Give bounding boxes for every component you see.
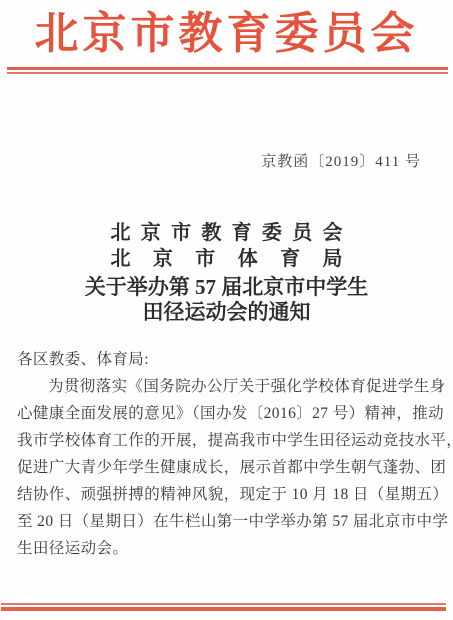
body-line: 心健康全面发展的意见》（国办发〔2016〕27 号）精神，推动: [17, 400, 445, 427]
body-line: 结协作、顽强拼搏的精神风貌，现定于 10 月 18 日（星期五）: [17, 481, 445, 508]
title-issuer-line-1: 北 京 市 教 育 委 员 会: [111, 220, 343, 246]
body-line: 至 20 日（星期日）在牛栏山第一中学举办第 57 届北京市中学: [17, 508, 445, 535]
body-line: 为贯彻落实《国务院办公厅关于强化学校体育促进学生身: [17, 373, 445, 400]
title-subject-line-1: 关于举办第 57 届北京市中学生: [0, 274, 453, 300]
letterhead-divider: [7, 67, 448, 74]
letterhead-divider-thin-line: [7, 72, 448, 74]
document-number: 京教函〔2019〕411 号: [261, 150, 421, 171]
document-title-block: 北 京 市 教 育 委 员 会 北 京 市 体 育 局 关于举办第 57 届北京…: [0, 220, 453, 325]
letterhead-title: 北京市教育委员会: [0, 6, 453, 62]
body-line: 促进广大青少年学生健康成长，展示首都中学生朝气蓬勃、团: [17, 454, 445, 481]
salutation: 各区教委、体育局:: [17, 346, 445, 373]
document-body: 各区教委、体育局: 为贯彻落实《国务院办公厅关于强化学校体育促进学生身 心健康全…: [17, 346, 445, 562]
official-document-page: 北京市教育委员会 京教函〔2019〕411 号 北 京 市 教 育 委 员 会 …: [0, 0, 453, 620]
page-bottom-divider: [1, 603, 446, 611]
title-subject-line-2: 田径运动会的通知: [0, 300, 453, 325]
body-line: 生田径运动会。: [17, 535, 445, 562]
title-issuer-line-2: 北 京 市 体 育 局: [111, 246, 343, 272]
body-line: 我市学校体育工作的开展，提高我市中学生田径运动竞技水平，: [17, 427, 445, 454]
page-bottom-divider-thick-line: [1, 607, 446, 611]
